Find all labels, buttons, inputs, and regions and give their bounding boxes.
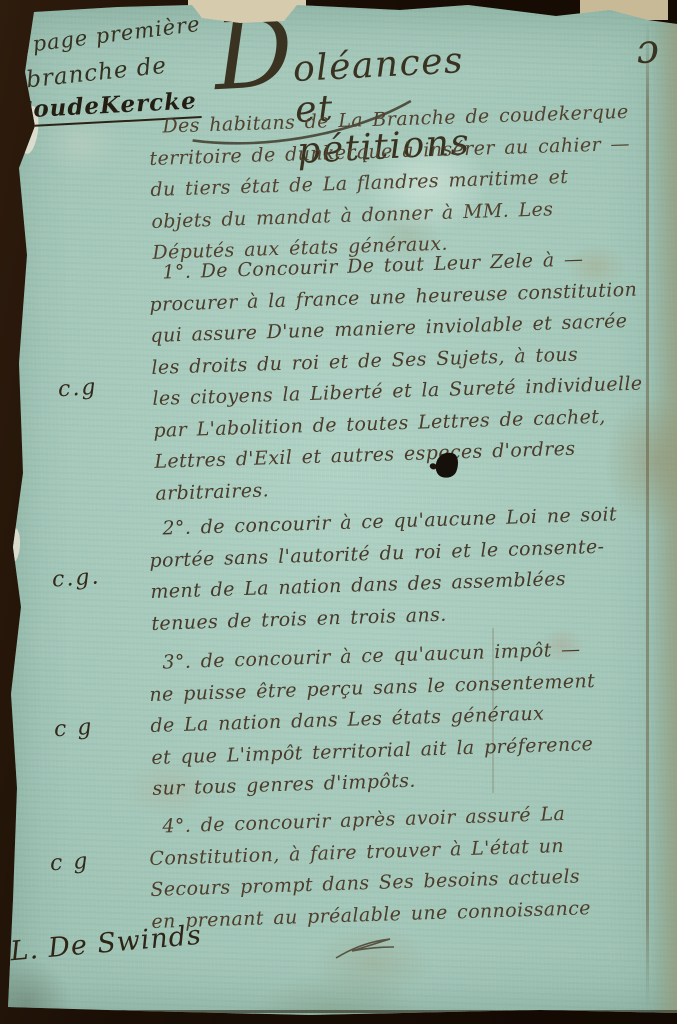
margin-mark: c g (49, 849, 90, 877)
location-note-line1: branche de (25, 53, 168, 94)
page-bottom-edge-shadow (0, 1010, 677, 1013)
article-2: 2°. de concourir à ce qu'aucune Loi ne s… (148, 498, 677, 640)
title-drop-cap: D (212, 11, 295, 98)
scanned-document: page première branche de CoudeKercke D o… (0, 0, 677, 1024)
margin-mark: c g (53, 715, 94, 743)
torn-edge-fragment (7, 528, 21, 563)
article-1: 1°. De Concourir De tout Leur Zele à — p… (148, 242, 677, 510)
margin-mark: c.g. (51, 564, 101, 592)
article-4: 4°. de concourir après avoir assuré La C… (148, 796, 677, 938)
margin-mark: c.g (57, 375, 98, 403)
article-3: 3°. de concourir à ce qu'aucun impôt — n… (148, 632, 677, 806)
page-number-note: page première (31, 12, 202, 56)
signature-note: L. De Swinds (9, 920, 203, 968)
paraph-squiggle (330, 932, 404, 966)
torn-edge-fragment (16, 41, 30, 66)
manuscript-page: page première branche de CoudeKercke D o… (0, 0, 677, 1024)
title-flourish: ɔ (635, 26, 660, 73)
